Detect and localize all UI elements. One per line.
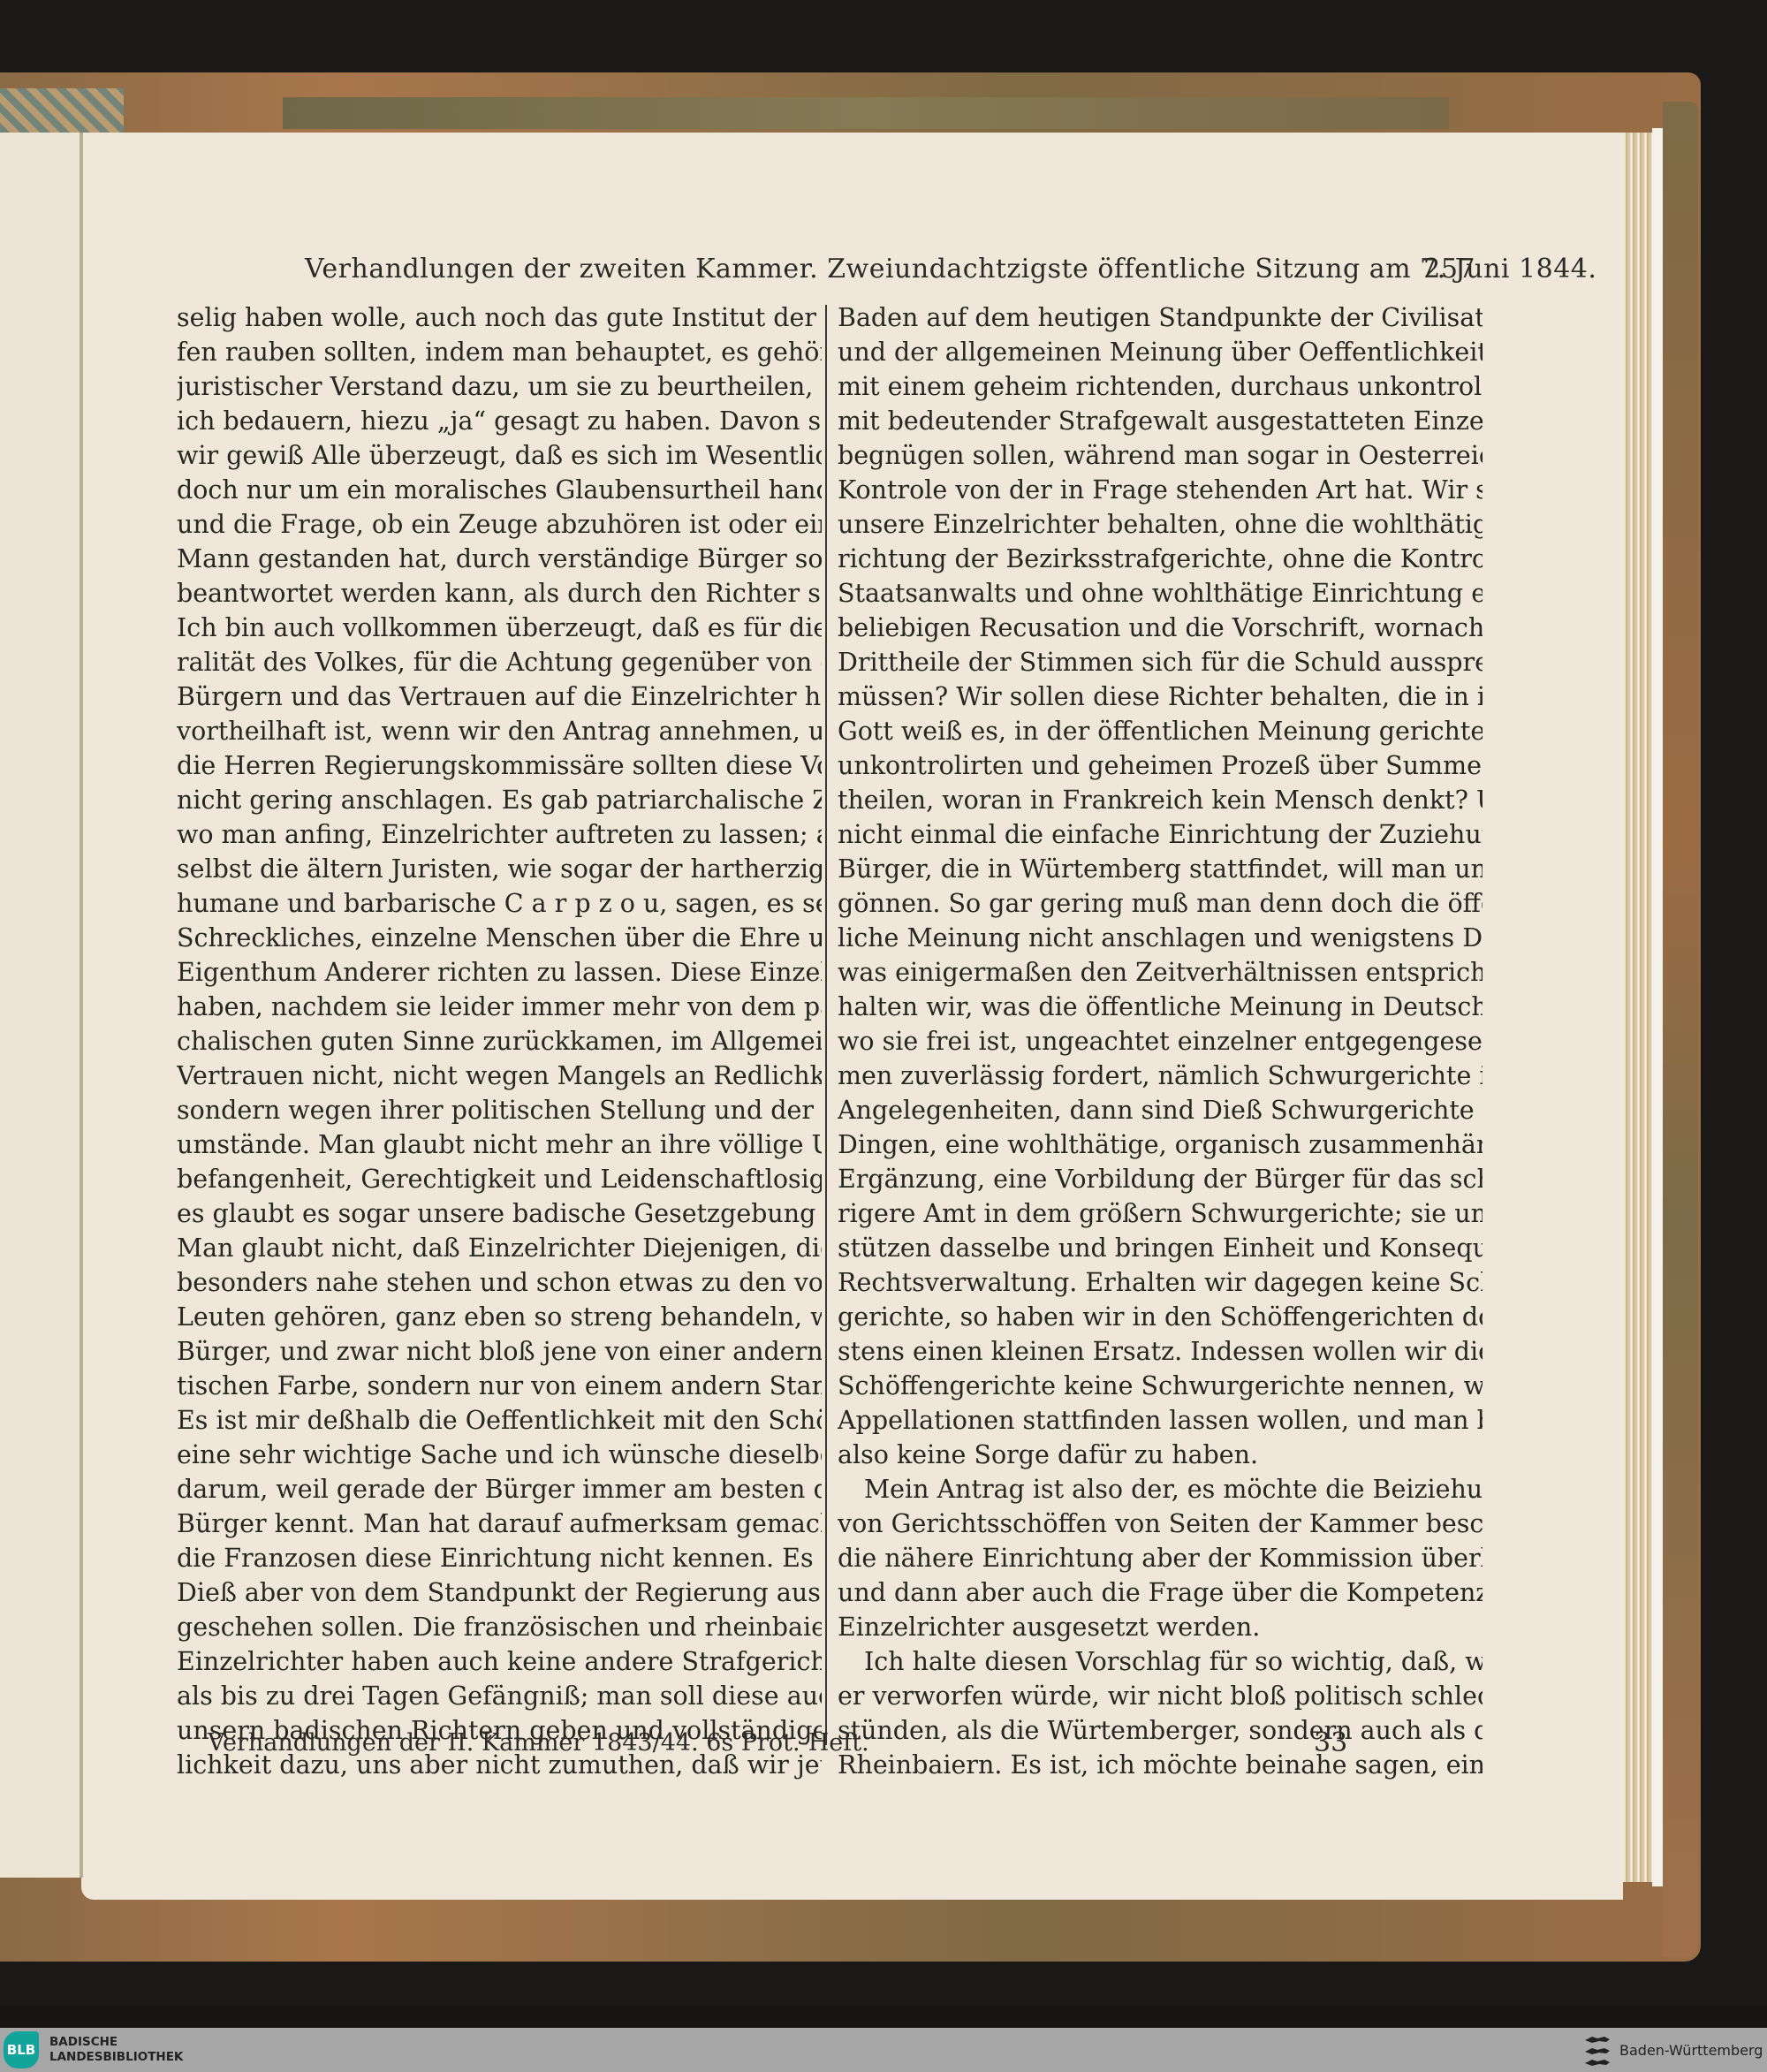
text-line: die nähere Einrichtung aber der Kommissi… bbox=[838, 1541, 1483, 1575]
text-line: Angelegenheiten, dann sind Dieß Schwurge… bbox=[838, 1093, 1483, 1127]
left-page-sliver bbox=[0, 133, 81, 1878]
text-line: wo sie frei ist, ungeachtet einzelner en… bbox=[838, 1024, 1483, 1059]
text-line: selig haben wolle, auch noch das gute In… bbox=[177, 300, 822, 335]
text-line: und der allgemeinen Meinung über Oeffent… bbox=[838, 335, 1483, 369]
text-line: liche Meinung nicht anschlagen und wenig… bbox=[838, 921, 1483, 955]
marbled-edge bbox=[0, 88, 124, 133]
text-line: fen rauben sollten, indem man behauptet,… bbox=[177, 335, 822, 369]
text-line: Ich halte diesen Vorschlag für so wichti… bbox=[838, 1644, 1483, 1679]
blb-logo-line2: LANDESBIBLIOTHEK bbox=[49, 2050, 183, 2065]
page-number: 257 bbox=[1423, 254, 1475, 285]
text-line: chalischen guten Sinne zurückkamen, im A… bbox=[177, 1024, 822, 1059]
blb-logo-text[interactable]: BADISCHE LANDESBIBLIOTHEK bbox=[49, 2035, 183, 2065]
text-line: mit bedeutender Strafgewalt ausgestattet… bbox=[838, 404, 1483, 438]
text-line: Mein Antrag ist also der, es möchte die … bbox=[838, 1472, 1483, 1507]
blb-logo-icon[interactable]: BLB bbox=[4, 2031, 39, 2068]
text-line: also keine Sorge dafür zu haben. bbox=[838, 1438, 1483, 1472]
flyleaf-edge bbox=[1652, 128, 1663, 1886]
signature-number: 33 bbox=[1314, 1727, 1347, 1758]
text-line: nicht gering anschlagen. Es gab patriarc… bbox=[177, 783, 822, 817]
text-line: Es ist mir deßhalb die Oeffentlichkeit m… bbox=[177, 1403, 822, 1438]
text-line: Vertrauen nicht, nicht wegen Mangels an … bbox=[177, 1059, 822, 1093]
text-line: rigere Amt in dem größern Schwurgerichte… bbox=[838, 1196, 1483, 1231]
text-line: darum, weil gerade der Bürger immer am b… bbox=[177, 1472, 822, 1507]
text-line: Ergänzung, eine Vorbildung der Bürger fü… bbox=[838, 1162, 1483, 1196]
text-line: Gott weiß es, in der öffentlichen Meinun… bbox=[838, 714, 1483, 748]
text-line: Man glaubt nicht, daß Einzelrichter Diej… bbox=[177, 1231, 822, 1265]
text-line: es glaubt es sogar unsere badische Geset… bbox=[177, 1196, 822, 1231]
text-line: befangenheit, Gerechtigkeit und Leidensc… bbox=[177, 1162, 822, 1196]
text-line: Rheinbaiern. Es ist, ich möchte beinahe … bbox=[838, 1748, 1483, 1782]
text-line: Einzelrichter ausgesetzt werden. bbox=[838, 1610, 1483, 1644]
text-line: Schöffengerichte keine Schwurgerichte ne… bbox=[838, 1369, 1483, 1403]
text-line: tischen Farbe, sondern nur von einem and… bbox=[177, 1369, 822, 1403]
text-line: geschehen sollen. Die französischen und … bbox=[177, 1610, 822, 1644]
text-line: Schreckliches, einzelne Menschen über di… bbox=[177, 921, 822, 955]
text-line: Bürger, und zwar nicht bloß jene von ein… bbox=[177, 1334, 822, 1369]
text-line: richtung der Bezirksstrafgerichte, ohne … bbox=[838, 542, 1483, 576]
text-column-left: selig haben wolle, auch noch das gute In… bbox=[177, 300, 822, 1782]
text-line: die Herren Regierungskommissäre sollten … bbox=[177, 748, 822, 783]
gutter-fold bbox=[80, 133, 83, 1878]
text-line: beliebigen Recusation und die Vorschrift… bbox=[838, 611, 1483, 645]
text-line: ralität des Volkes, für die Achtung gege… bbox=[177, 645, 822, 679]
text-line: Bürger kennt. Man hat darauf aufmerksam … bbox=[177, 1507, 822, 1541]
text-line: ich bedauern, hiezu „ja“ gesagt zu haben… bbox=[177, 404, 822, 438]
text-line: und dann aber auch die Frage über die Ko… bbox=[838, 1575, 1483, 1610]
text-line: halten wir, was die öffentliche Meinung … bbox=[838, 990, 1483, 1024]
text-line: müssen? Wir sollen diese Richter behalte… bbox=[838, 679, 1483, 714]
text-line: Appellationen stattfinden lassen wollen,… bbox=[838, 1403, 1483, 1438]
text-line: gönnen. So gar gering muß man denn doch … bbox=[838, 886, 1483, 921]
text-line: beantwortet werden kann, als durch den R… bbox=[177, 576, 822, 611]
text-line: er verworfen würde, wir nicht bloß polit… bbox=[838, 1679, 1483, 1713]
text-line: Drittheile der Stimmen sich für die Schu… bbox=[838, 645, 1483, 679]
text-line: unsere Einzelrichter behalten, ohne die … bbox=[838, 507, 1483, 542]
book-spine-top bbox=[283, 97, 1449, 129]
text-line: die Franzosen diese Einrichtung nicht ke… bbox=[177, 1541, 822, 1575]
text-line: selbst die ältern Juristen, wie sogar de… bbox=[177, 852, 822, 886]
text-line: vortheilhaft ist, wenn wir den Antrag an… bbox=[177, 714, 822, 748]
text-line: sondern wegen ihrer politischen Stellung… bbox=[177, 1093, 822, 1127]
text-line: stens einen kleinen Ersatz. Indessen wol… bbox=[838, 1334, 1483, 1369]
text-line: stünden, als die Würtemberger, sondern a… bbox=[838, 1713, 1483, 1748]
book-cover-right-edge bbox=[1663, 102, 1698, 1957]
baden-wuerttemberg-logo-text[interactable]: Baden-Württemberg bbox=[1619, 2042, 1763, 2059]
text-line: Baden auf dem heutigen Standpunkte der C… bbox=[838, 300, 1483, 335]
text-line: gerichte, so haben wir in den Schöffenge… bbox=[838, 1300, 1483, 1334]
text-line: Kontrole von der in Frage stehenden Art … bbox=[838, 473, 1483, 507]
text-line: mit einem geheim richtenden, durchaus un… bbox=[838, 369, 1483, 404]
blb-logo-line1: BADISCHE bbox=[49, 2035, 183, 2050]
text-line: unkontrolirten und geheimen Prozeß über … bbox=[838, 748, 1483, 783]
running-header: Verhandlungen der zweiten Kammer. Zweiun… bbox=[177, 250, 1484, 291]
text-line: von Gerichtsschöffen von Seiten der Kamm… bbox=[838, 1507, 1483, 1541]
three-lions-icon bbox=[1583, 2032, 1612, 2069]
text-line: doch nur um ein moralisches Glaubensurth… bbox=[177, 473, 822, 507]
text-line: was einigermaßen den Zeitverhältnissen e… bbox=[838, 955, 1483, 990]
text-line: umstände. Man glaubt nicht mehr an ihre … bbox=[177, 1127, 822, 1162]
text-line: Leuten gehören, ganz eben so streng beha… bbox=[177, 1300, 822, 1334]
text-line: juristischer Verstand dazu, um sie zu be… bbox=[177, 369, 822, 404]
text-line: theilen, woran in Frankreich kein Mensch… bbox=[838, 783, 1483, 817]
sheet-signature: Verhandlungen der II. Kammer 1843/44. 6s… bbox=[208, 1729, 869, 1757]
text-line: Einzelrichter haben auch keine andere St… bbox=[177, 1644, 822, 1679]
text-line: Bürger, die in Würtemberg stattfindet, w… bbox=[838, 852, 1483, 886]
text-line: humane und barbarische C a r p z o u, sa… bbox=[177, 886, 822, 921]
text-line: wir gewiß Alle überzeugt, daß es sich im… bbox=[177, 438, 822, 473]
text-line: Mann gestanden hat, durch verständige Bü… bbox=[177, 542, 822, 576]
text-line: nicht einmal die einfache Einrichtung de… bbox=[838, 817, 1483, 852]
text-line: Eigenthum Anderer richten zu lassen. Die… bbox=[177, 955, 822, 990]
text-line: Staatsanwalts und ohne wohlthätige Einri… bbox=[838, 576, 1483, 611]
text-line: Ich bin auch vollkommen überzeugt, daß e… bbox=[177, 611, 822, 645]
text-line: Dieß aber von dem Standpunkt der Regieru… bbox=[177, 1575, 822, 1610]
text-line: eine sehr wichtige Sache und ich wünsche… bbox=[177, 1438, 822, 1472]
text-line: wo man anfing, Einzelrichter auftreten z… bbox=[177, 817, 822, 852]
text-line: Rechtsverwaltung. Erhalten wir dagegen k… bbox=[838, 1265, 1483, 1300]
text-line: Dingen, eine wohlthätige, organisch zusa… bbox=[838, 1127, 1483, 1162]
text-line: und die Frage, ob ein Zeuge abzuhören is… bbox=[177, 507, 822, 542]
text-line: stützen dasselbe und bringen Einheit und… bbox=[838, 1231, 1483, 1265]
text-line: Bürgern und das Vertrauen auf die Einzel… bbox=[177, 679, 822, 714]
attribution-bar bbox=[0, 2028, 1767, 2072]
text-column-right: Baden auf dem heutigen Standpunkte der C… bbox=[838, 300, 1483, 1782]
text-line: besonders nahe stehen und schon etwas zu… bbox=[177, 1265, 822, 1300]
column-divider bbox=[825, 305, 827, 1745]
text-line: men zuverlässig fordert, nämlich Schwurg… bbox=[838, 1059, 1483, 1093]
text-line: begnügen sollen, während man sogar in Oe… bbox=[838, 438, 1483, 473]
text-line: haben, nachdem sie leider immer mehr von… bbox=[177, 990, 822, 1024]
text-line: als bis zu drei Tagen Gefängniß; man sol… bbox=[177, 1679, 822, 1713]
running-header-title: Verhandlungen der zweiten Kammer. Zweiun… bbox=[305, 254, 1596, 285]
